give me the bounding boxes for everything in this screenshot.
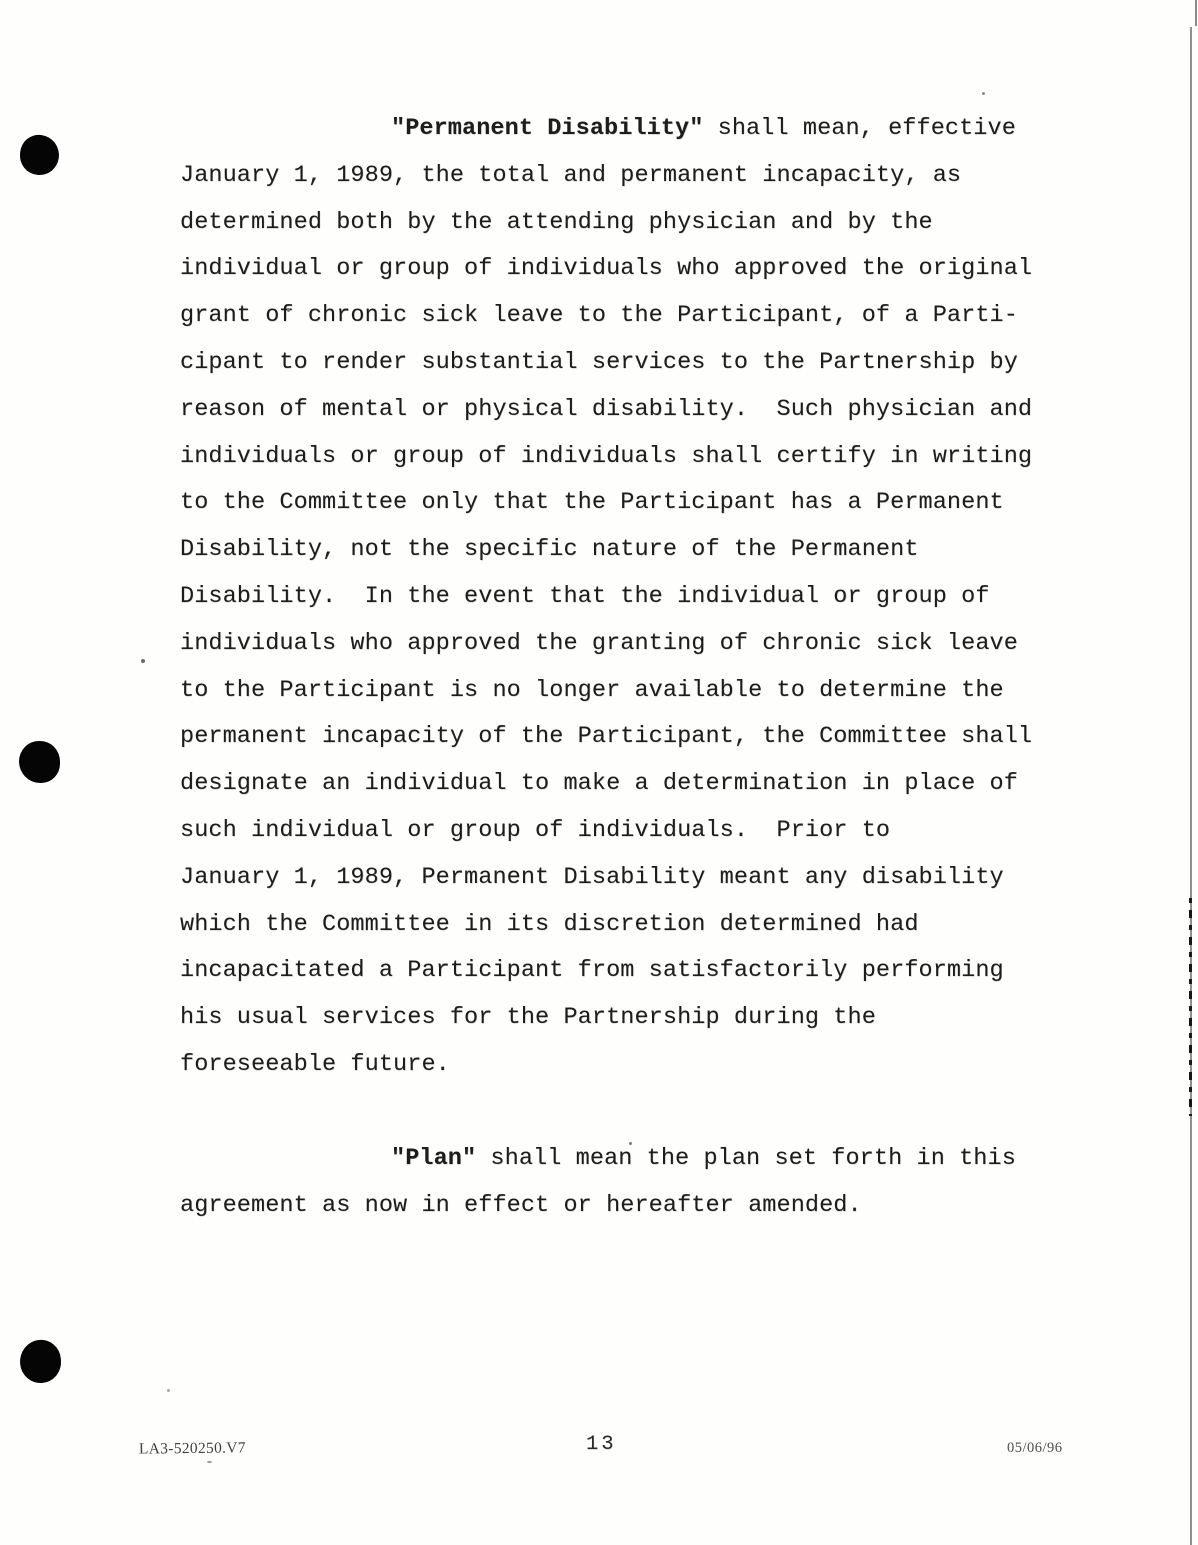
scan-speck	[207, 1461, 212, 1463]
scan-edge-dashes	[1189, 898, 1192, 1116]
scan-speck	[141, 659, 145, 663]
text-line-rest: shall mean, effective	[703, 115, 1015, 142]
defined-term: "Plan"	[391, 1145, 476, 1172]
text-line-rest: shall mean the plan set forth in this	[476, 1145, 1016, 1172]
scan-edge-line-top	[1195, 0, 1197, 26]
text-line: agreement as now in effect or hereafter …	[180, 1183, 1032, 1230]
text-line: to the Committee only that the Participa…	[180, 480, 1032, 527]
text-line: Disability. In the event that the indivi…	[180, 574, 1032, 621]
hole-punch-mark	[18, 1338, 63, 1384]
text-line: his usual services for the Partnership d…	[180, 995, 1032, 1042]
text-line: such individual or group of individuals.…	[180, 808, 1032, 855]
scan-speck	[982, 92, 985, 95]
text-line: individuals or group of individuals shal…	[180, 434, 1032, 481]
scan-edge-line	[1190, 27, 1192, 1545]
text-line: incapacitated a Participant from satisfa…	[180, 948, 1032, 995]
footer-document-id: LA3-520250.V7	[139, 1439, 246, 1458]
defined-term: "Permanent Disability"	[391, 115, 703, 142]
scan-speck	[629, 1142, 632, 1145]
text-line: determined both by the attending physici…	[180, 200, 1032, 247]
paragraph-plan: "Plan" shall mean the plan set forth in …	[180, 1136, 1032, 1230]
text-line: individuals who approved the granting of…	[180, 621, 1032, 668]
text-line: grant of chronic sick leave to the Parti…	[180, 293, 1032, 340]
text-line: January 1, 1989, the total and permanent…	[180, 153, 1032, 200]
footer-page-number: 13	[586, 1433, 617, 1456]
hole-punch-mark	[19, 741, 60, 783]
scanned-document-page: "Permanent Disability" shall mean, effec…	[0, 0, 1198, 1545]
text-line: foreseeable future.	[180, 1042, 1032, 1089]
text-line: permanent incapacity of the Participant,…	[180, 714, 1032, 761]
text-line: January 1, 1989, Permanent Disability me…	[180, 855, 1032, 902]
text-line: "Permanent Disability" shall mean, effec…	[180, 106, 1032, 153]
text-line: which the Committee in its discretion de…	[180, 902, 1032, 949]
text-line: "Plan" shall mean the plan set forth in …	[180, 1136, 1032, 1183]
scan-speck	[287, 308, 290, 312]
document-text-body: "Permanent Disability" shall mean, effec…	[180, 106, 1032, 1229]
paragraph-permanent-disability: "Permanent Disability" shall mean, effec…	[180, 106, 1032, 1089]
footer-date: 05/06/96	[1007, 1440, 1063, 1457]
text-line: designate an individual to make a determ…	[180, 761, 1032, 808]
scan-speck	[167, 1389, 170, 1392]
text-line: to the Participant is no longer availabl…	[180, 668, 1032, 715]
text-line: individual or group of individuals who a…	[180, 246, 1032, 293]
hole-punch-mark	[18, 133, 62, 177]
text-line: Disability, not the specific nature of t…	[180, 527, 1032, 574]
text-line: reason of mental or physical disability.…	[180, 387, 1032, 434]
text-line: cipant to render substantial services to…	[180, 340, 1032, 387]
